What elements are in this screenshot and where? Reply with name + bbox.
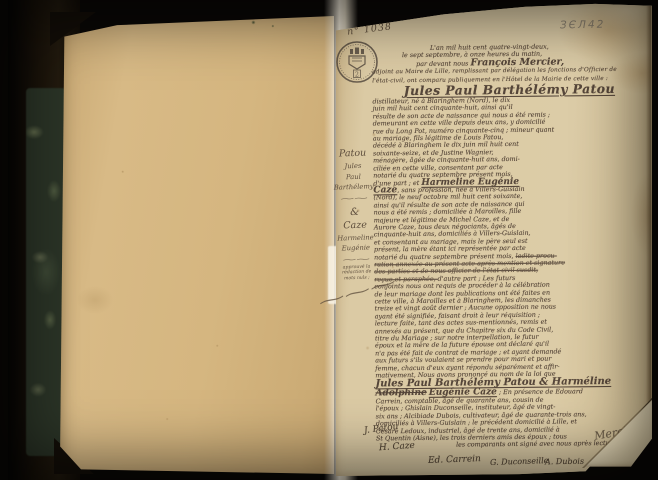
margin-names-column: PatouJulesPaulBarthélemy⁓⁓&CazeHarmeline…: [331, 145, 378, 301]
margin-name: &: [333, 206, 375, 218]
margin-name: Paul: [332, 172, 374, 181]
margin-name: Eugénie: [335, 243, 377, 252]
svg-text:2: 2: [355, 70, 359, 78]
margin-name: Caze: [334, 219, 376, 231]
signature: Ed. Carrein: [428, 454, 481, 466]
margin-name: Patou: [331, 147, 373, 159]
act-body: L'an mil huit cent quatre-vingt-deux,le …: [372, 43, 650, 451]
archival-pencil-mark: ЗЄЛ42: [560, 19, 606, 32]
margin-name: Barthélemy: [333, 182, 375, 191]
marbled-cover-edge: [26, 88, 66, 456]
blank-left-page: [56, 16, 334, 474]
margin-name: Harmeline: [334, 233, 376, 242]
margin-name: Jules: [332, 161, 374, 170]
margin-note: approuvé la rédaction de: [335, 264, 377, 275]
signature: A. Dubois: [545, 457, 584, 467]
archival-register-scan: ЗЄЛ42 n° 1038 2 PatouJulesPaulBarthélemy…: [0, 0, 658, 480]
